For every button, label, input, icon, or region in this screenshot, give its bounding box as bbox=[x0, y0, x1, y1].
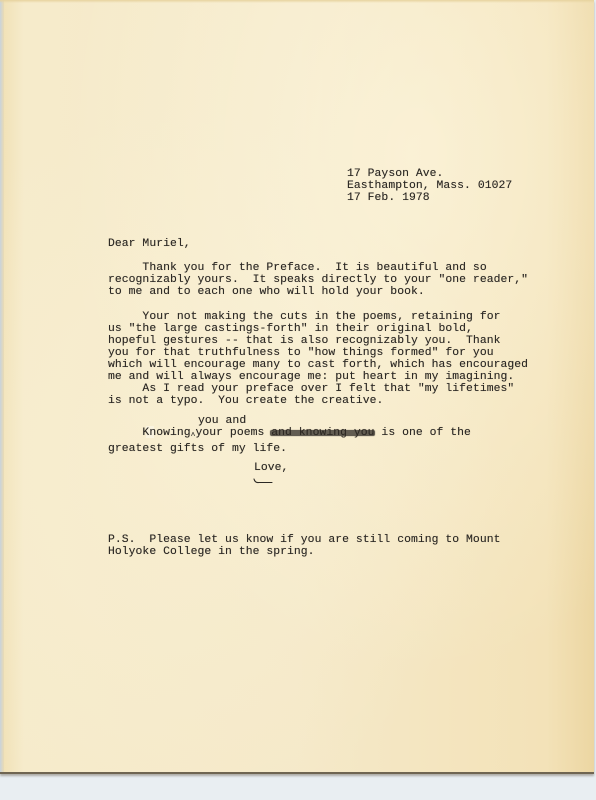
line-end: is one of the bbox=[375, 427, 471, 439]
postscript-line: P.S. Please let us know if you are still… bbox=[108, 534, 500, 546]
address-street: 17 Payson Ave. bbox=[347, 168, 512, 180]
paragraph-4: Knowing^your poems and knowing you is on… bbox=[108, 427, 471, 455]
postscript: P.S. Please let us know if you are still… bbox=[108, 534, 500, 558]
paragraph-line: is not a typo. You create the creative. bbox=[108, 395, 514, 407]
letter-date: 17 Feb. 1978 bbox=[347, 192, 512, 204]
paragraph-line: which will encourage many to cast forth,… bbox=[108, 359, 528, 371]
struck-through-text: and knowing you bbox=[271, 427, 374, 439]
paragraph-2: Your not making the cuts in the poems, r… bbox=[108, 311, 528, 383]
paragraph-line: hopeful gestures -- that is also recogni… bbox=[108, 335, 528, 347]
paragraph-1: Thank you for the Preface. It is beautif… bbox=[108, 262, 528, 298]
paragraph-line: Knowing^your poems and knowing you is on… bbox=[108, 427, 471, 443]
salutation: Dear Muriel, bbox=[108, 238, 191, 250]
letter-page: 17 Payson Ave.Easthampton, Mass. 0102717… bbox=[0, 0, 594, 774]
paragraph-line: greatest gifts of my life. bbox=[108, 443, 471, 455]
signature-mark bbox=[253, 478, 273, 484]
postscript-line: Holyoke College in the spring. bbox=[108, 546, 500, 558]
sender-address: 17 Payson Ave.Easthampton, Mass. 0102717… bbox=[347, 168, 512, 204]
address-city: Easthampton, Mass. 01027 bbox=[347, 180, 512, 192]
paragraph-line: you for that truthfulness to "how things… bbox=[108, 347, 528, 359]
paragraph-line: recognizably yours. It speaks directly t… bbox=[108, 274, 528, 286]
paragraph-line: Thank you for the Preface. It is beautif… bbox=[108, 262, 528, 274]
paragraph-line: As I read your preface over I felt that … bbox=[108, 383, 514, 395]
line-mid: your poems bbox=[196, 427, 272, 439]
paragraph-3: As I read your preface over I felt that … bbox=[108, 383, 514, 407]
paragraph-line: us "the large castings-forth" in their o… bbox=[108, 323, 528, 335]
handwritten-insert: you and bbox=[198, 415, 246, 427]
closing: Love, bbox=[254, 462, 288, 474]
paragraph-line: Your not making the cuts in the poems, r… bbox=[108, 311, 528, 323]
paragraph-line: to me and to each one who will hold your… bbox=[108, 286, 528, 298]
paragraph-line: me and will always encourage me: put hea… bbox=[108, 371, 528, 383]
line-start: Knowing bbox=[108, 427, 191, 439]
